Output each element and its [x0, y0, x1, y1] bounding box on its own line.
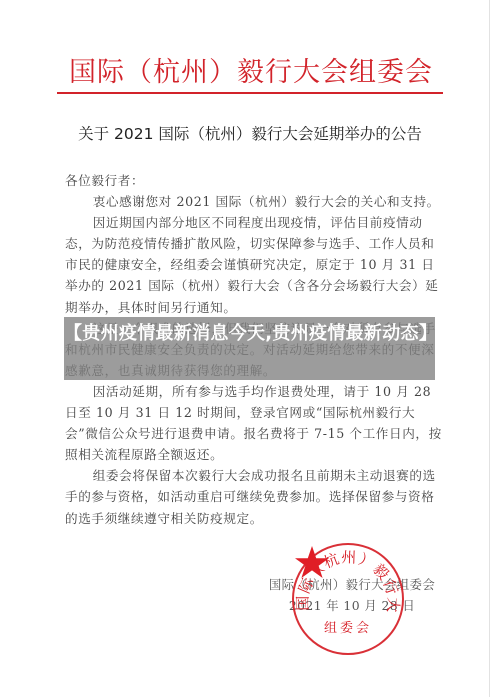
document-page: 国际（杭州）毅行大会组委会 关于 2021 国际（杭州）毅行大会延期举办的公告 …: [0, 0, 500, 697]
paragraph-refund: 因活动延期，所有参与选手均作退费处理，请于 10 月 28 日至 10 月 31…: [65, 381, 445, 465]
seal-star-icon: [294, 545, 330, 581]
page-edge-divider: [489, 0, 490, 697]
official-seal: 国际（杭州）毅行大会 组委会: [292, 543, 404, 655]
salutation: 各位毅行者：: [65, 170, 445, 191]
letterhead-red-rule: [57, 92, 443, 94]
paragraph-eligibility: 组委会将保留本次毅行大会成功报名且前期未主动退赛的选手的参与资格，如活动重启可继…: [65, 465, 445, 528]
announcement-title: 关于 2021 国际（杭州）毅行大会延期举办的公告: [40, 122, 460, 144]
org-letterhead: 国际（杭州）毅行大会组委会: [56, 50, 446, 89]
seal-bottom-text: 组委会: [294, 617, 402, 636]
headline-overlay-title: 【贵州疫情最新消息今天,贵州疫情最新动态】: [64, 321, 435, 347]
paragraph-thanks: 衷心感谢您对 2021 国际（杭州）毅行大会的关心和支持。: [65, 191, 445, 212]
paragraph-postponement: 因近期国内部分地区不同程度出现疫情，评估目前疫情动态，为防范疫情传播扩散风险，切…: [65, 212, 445, 317]
